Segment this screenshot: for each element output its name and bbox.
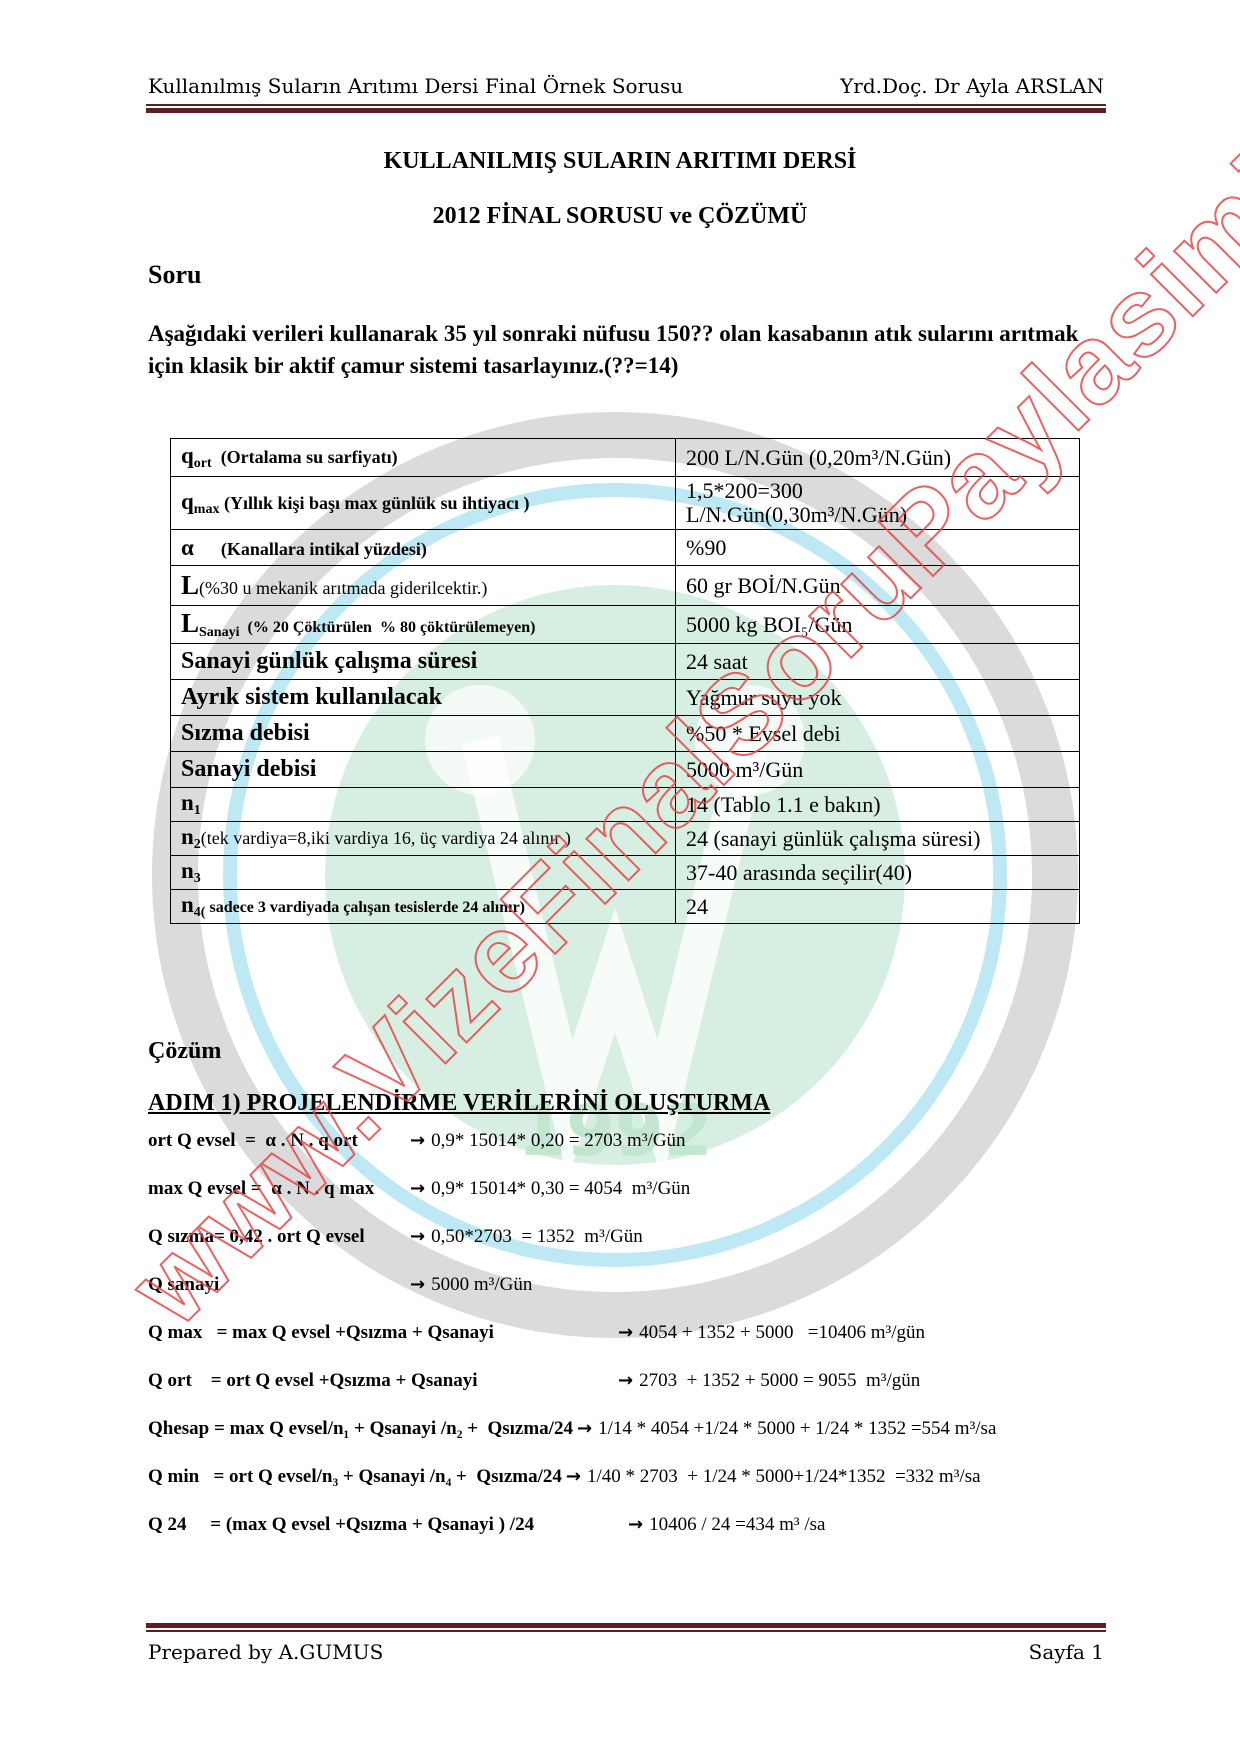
table-row: n337-40 arasında seçilir(40) [171,856,1080,890]
value-cell: 37-40 arasında seçilir(40) [676,856,1080,890]
parameter-cell: LSanayi (% 20 Çöktürülen % 80 çöktürülem… [171,606,676,644]
arrow-right-icon: → [410,1178,425,1199]
value-cell: %50 * Evsel debi [676,716,1080,752]
footer-rule-thick [146,1623,1106,1628]
equation-formula: Qhesap = max Q evsel/n₁ + Qsanayi /n₂ + … [148,1418,573,1440]
document-subtitle: 2012 FİNAL SORUSU ve ÇÖZÜMÜ [0,203,1240,230]
table-row: L(%30 u mekanik arıtmada giderilcektir.)… [171,566,1080,606]
header-author: Yrd.Doç. Dr Ayla ARSLAN [840,74,1104,98]
table-row: Ayrık sistem kullanılacakYağmur suyu yok [171,680,1080,716]
equation-line: Q sanayi→5000 m³/Gün [148,1274,532,1296]
parameter-cell: qort (Ortalama su sarfiyatı) [171,439,676,477]
equation-line: Q ort = ort Q evsel +Qsızma + Qsanayi→27… [148,1370,920,1392]
equation-line: Q 24 = (max Q evsel +Qsızma + Qsanayi ) … [148,1514,825,1536]
value-cell: 14 (Tablo 1.1 e bakın) [676,788,1080,822]
table-row: Sanayi günlük çalışma süresi24 saat [171,644,1080,680]
header-course-title: Kullanılmış Suların Arıtımı Dersi Final … [148,74,683,98]
arrow-right-icon: → [628,1514,643,1535]
arrow-right-icon: → [410,1226,425,1247]
parameter-cell: n1 [171,788,676,822]
equation-result: 0,9* 15014* 0,20 = 2703 m³/Gün [431,1130,685,1152]
value-cell: Yağmur suyu yok [676,680,1080,716]
arrow-right-icon: → [410,1274,425,1295]
arrow-right-icon: → [410,1130,425,1151]
equation-result: 10406 / 24 =434 m³ /sa [649,1514,825,1536]
equation-result: 0,50*2703 = 1352 m³/Gün [431,1226,643,1248]
footer-rule [146,1630,1106,1632]
value-cell: 1,5*200=300L/N.Gün(0,30m³/N.Gün) [676,477,1080,530]
table-row: α (Kanallara intikal yüzdesi)%90 [171,530,1080,566]
equation-line: max Q evsel = α . N . q max→0,9* 15014* … [148,1178,690,1200]
equation-line: Qhesap = max Q evsel/n₁ + Qsanayi /n₂ + … [148,1418,996,1440]
document-page: 1992 www.VizeFinalSoruPaylasimi.com Kull… [0,0,1240,1754]
equation-formula: Q sanayi [148,1274,410,1296]
arrow-right-icon: → [618,1370,633,1391]
arrow-right-icon: → [618,1322,633,1343]
equation-line: ort Q evsel = α . N . q ort→0,9* 15014* … [148,1130,686,1152]
equation-line: Q sızma= 0,42 . ort Q evsel→0,50*2703 = … [148,1226,643,1248]
equation-line: Q min = ort Q evsel/n₃ + Qsanayi /n₄ + Q… [148,1466,981,1488]
parameter-cell: n4( sadece 3 vardiyada çalışan tesislerd… [171,890,676,924]
equation-formula: Q sızma= 0,42 . ort Q evsel [148,1226,410,1248]
value-cell: 60 gr BOİ/N.Gün [676,566,1080,606]
given-data-table: qort (Ortalama su sarfiyatı)200 L/N.Gün … [170,438,1080,924]
solution-heading: Çözüm [148,1038,221,1065]
parameter-cell: α (Kanallara intikal yüzdesi) [171,530,676,566]
table-row: n4( sadece 3 vardiyada çalışan tesislerd… [171,890,1080,924]
equation-formula: ort Q evsel = α . N . q ort [148,1130,410,1152]
value-cell: 5000 kg BOI₅/Gün [676,606,1080,644]
equation-formula: Q min = ort Q evsel/n₃ + Qsanayi /n₄ + Q… [148,1466,562,1488]
value-cell: 24 (sanayi günlük çalışma süresi) [676,822,1080,856]
equation-result: 5000 m³/Gün [431,1274,532,1296]
question-text: Aşağıdaki verileri kullanarak 35 yıl son… [148,318,1108,382]
equation-formula: max Q evsel = α . N . q max [148,1178,410,1200]
parameter-cell: Sızma debisi [171,716,676,752]
value-cell: 200 L/N.Gün (0,20m³/N.Gün) [676,439,1080,477]
table-row: qort (Ortalama su sarfiyatı)200 L/N.Gün … [171,439,1080,477]
header-rule [146,104,1106,106]
equation-result: 2703 + 1352 + 5000 = 9055 m³/gün [639,1370,920,1392]
document-title: KULLANILMIŞ SULARIN ARITIMI DERSİ [0,148,1240,175]
table-row: n2(tek vardiya=8,iki vardiya 16, üç vard… [171,822,1080,856]
value-cell: %90 [676,530,1080,566]
parameter-cell: Ayrık sistem kullanılacak [171,680,676,716]
equation-result: 0,9* 15014* 0,30 = 4054 m³/Gün [431,1178,690,1200]
equation-result: 4054 + 1352 + 5000 =10406 m³/gün [639,1322,925,1344]
value-cell: 24 saat [676,644,1080,680]
equation-formula: Q max = max Q evsel +Qsızma + Qsanayi [148,1322,618,1344]
question-heading: Soru [148,260,201,290]
parameter-cell: qmax (Yıllık kişi başı max günlük su iht… [171,477,676,530]
table-row: Sızma debisi%50 * Evsel debi [171,716,1080,752]
value-cell: 5000 m³/Gün [676,752,1080,788]
equation-result: 1/40 * 2703 + 1/24 * 5000+1/24*1352 =332… [587,1466,981,1488]
equation-formula: Q 24 = (max Q evsel +Qsızma + Qsanayi ) … [148,1514,628,1536]
equation-line: Q max = max Q evsel +Qsızma + Qsanayi→40… [148,1322,925,1344]
page-footer: Prepared by A.GUMUS Sayfa 1 [148,1640,1104,1664]
page-header: Kullanılmış Suların Arıtımı Dersi Final … [148,74,1104,98]
equation-formula: Q ort = ort Q evsel +Qsızma + Qsanayi [148,1370,618,1392]
page-number: Sayfa 1 [1029,1640,1104,1664]
table-row: LSanayi (% 20 Çöktürülen % 80 çöktürülem… [171,606,1080,644]
parameter-cell: Sanayi günlük çalışma süresi [171,644,676,680]
parameter-cell: Sanayi debisi [171,752,676,788]
equation-result: 1/14 * 4054 +1/24 * 5000 + 1/24 * 1352 =… [598,1418,996,1440]
parameter-cell: n3 [171,856,676,890]
table-row: n114 (Tablo 1.1 e bakın) [171,788,1080,822]
arrow-right-icon: → [577,1418,592,1439]
value-cell: 24 [676,890,1080,924]
parameter-cell: n2(tek vardiya=8,iki vardiya 16, üç vard… [171,822,676,856]
table-row: qmax (Yıllık kişi başı max günlük su iht… [171,477,1080,530]
table-row: Sanayi debisi5000 m³/Gün [171,752,1080,788]
arrow-right-icon: → [566,1466,581,1487]
parameter-cell: L(%30 u mekanik arıtmada giderilcektir.) [171,566,676,606]
header-rule-thick [146,108,1106,113]
footer-prepared-by: Prepared by A.GUMUS [148,1640,383,1664]
step-heading: ADIM 1) PROJELENDİRME VERİLERİNİ OLUŞTUR… [148,1090,770,1117]
